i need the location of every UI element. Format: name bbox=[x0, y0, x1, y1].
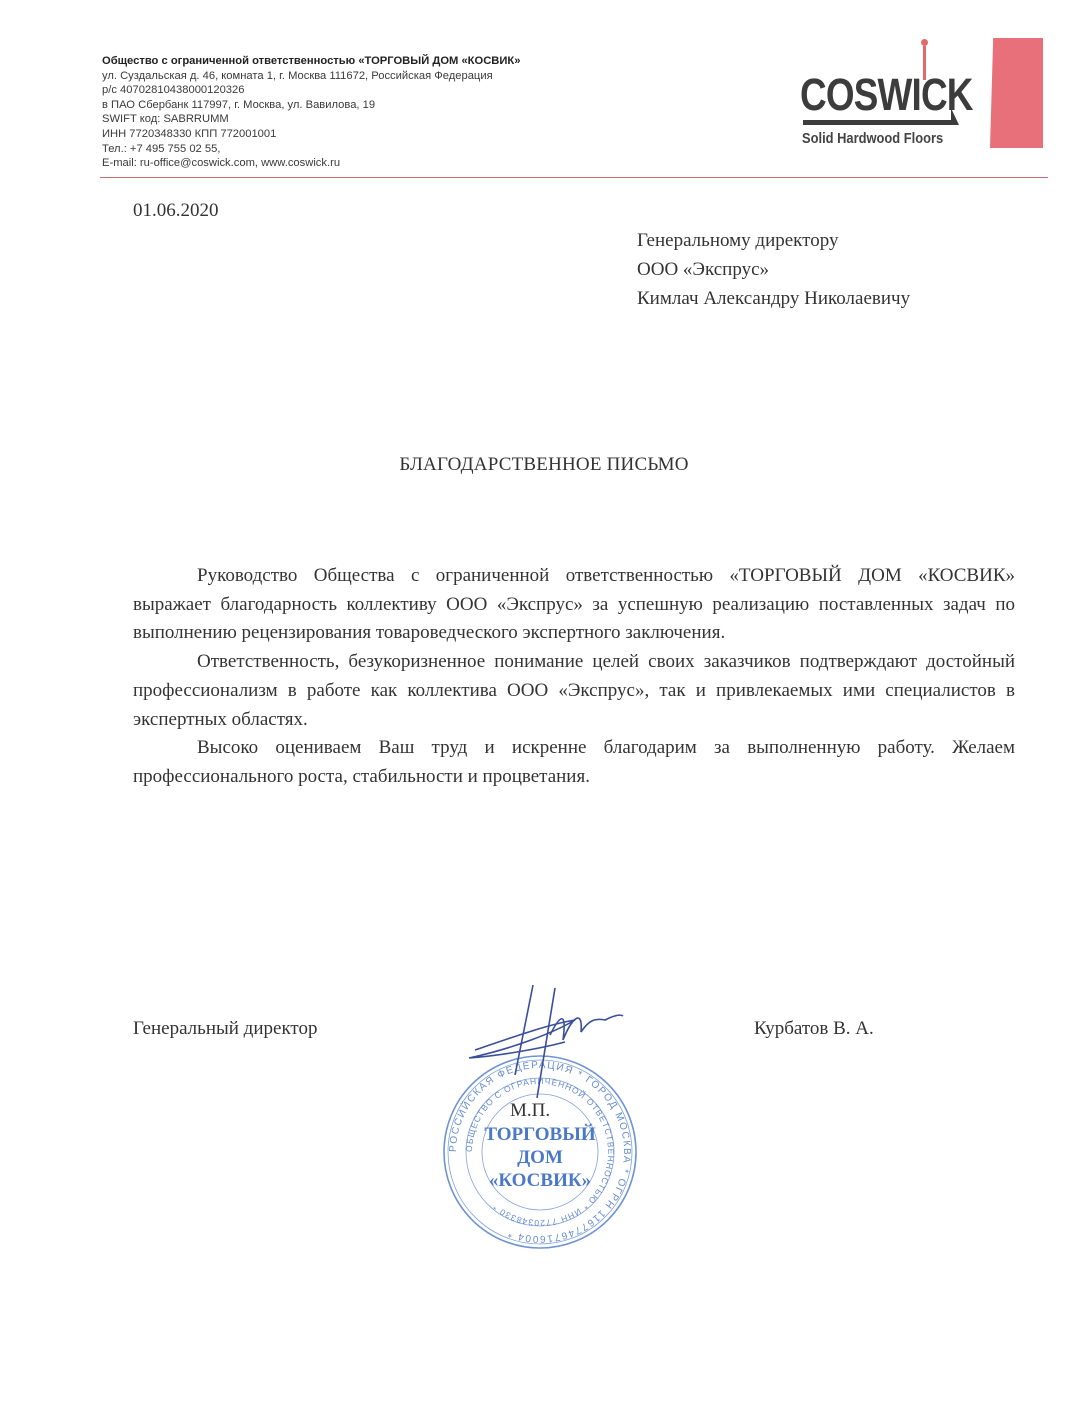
svg-text:«КОСВИК»: «КОСВИК» bbox=[489, 1170, 591, 1191]
body-paragraph: Ответственность, безукоризненное пониман… bbox=[133, 648, 1015, 734]
seal-placeholder-label: М.П. bbox=[510, 1100, 550, 1122]
logo-dot-icon bbox=[921, 39, 928, 46]
logo-wordmark: COSWICK bbox=[800, 72, 973, 118]
letter-date: 01.06.2020 bbox=[133, 200, 219, 222]
company-address: ул. Суздальская д. 46, комната 1, г. Мос… bbox=[102, 69, 520, 84]
letter-body: Руководство Общества с ограниченной отве… bbox=[133, 562, 1015, 792]
svg-text:ДОМ: ДОМ bbox=[517, 1147, 563, 1168]
swift-code: SWIFT код: SABRRUMM bbox=[102, 112, 520, 127]
phone: Тел.: +7 495 755 02 55, bbox=[102, 142, 520, 157]
email-website: E-mail: ru-office@coswick.com, www.coswi… bbox=[102, 156, 520, 171]
recipient-company: ООО «Экспрус» bbox=[637, 255, 910, 284]
letterhead-details: Общество с ограниченной ответственностью… bbox=[102, 54, 520, 171]
handwritten-signature-icon bbox=[455, 980, 625, 1100]
body-paragraph: Высоко оцениваем Ваш труд и искренне бла… bbox=[133, 734, 1015, 791]
company-name: Общество с ограниченной ответственностью… bbox=[102, 54, 520, 69]
header-divider bbox=[100, 177, 1048, 178]
recipient-position: Генеральному директору bbox=[637, 226, 910, 255]
signatory-name: Курбатов В. А. bbox=[754, 1018, 874, 1040]
bank-name: в ПАО Сбербанк 117997, г. Москва, ул. Ва… bbox=[102, 98, 520, 113]
letter-title: БЛАГОДАРСТВЕННОЕ ПИСЬМО bbox=[0, 454, 1088, 476]
signatory-role: Генеральный директор bbox=[133, 1018, 317, 1040]
brand-accent-block bbox=[990, 38, 1043, 148]
recipient-name: Кимлач Александру Николаевичу bbox=[637, 284, 910, 313]
bank-account: р/с 40702810438000120326 bbox=[102, 83, 520, 98]
inn-kpp: ИНН 7720348330 КПП 772001001 bbox=[102, 127, 520, 142]
recipient-block: Генеральному директору ООО «Экспрус» Ким… bbox=[637, 226, 910, 313]
svg-text:ТОРГОВЫЙ: ТОРГОВЫЙ bbox=[484, 1123, 596, 1145]
body-paragraph: Руководство Общества с ограниченной отве… bbox=[133, 562, 1015, 648]
logo-tagline: Solid Hardwood Floors bbox=[802, 130, 943, 147]
coswick-logo: COSWICK Solid Hardwood Floors bbox=[800, 38, 965, 158]
logo-underline bbox=[803, 120, 951, 125]
